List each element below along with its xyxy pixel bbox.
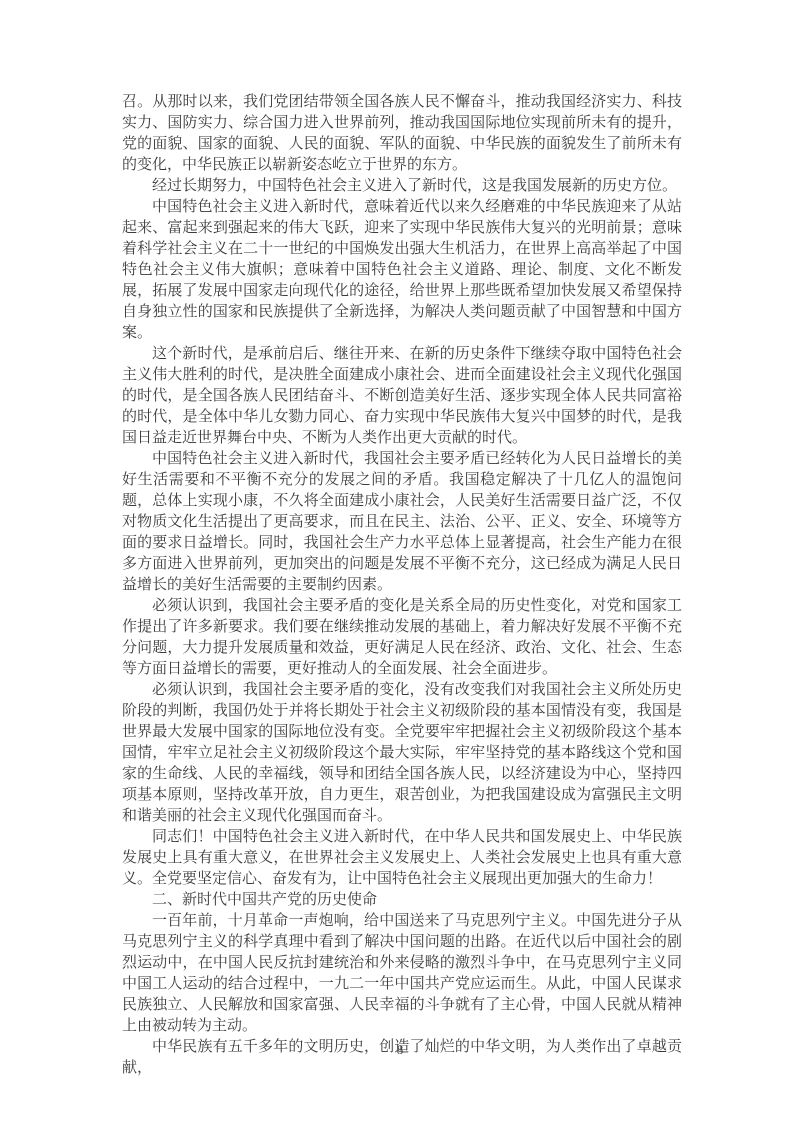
paragraph: 必须认识到，我国社会主要矛盾的变化，没有改变我们对我国社会主义所处历史阶段的判断…	[122, 680, 682, 827]
section-heading: 二、新时代中国共产党的历史使命	[122, 890, 682, 911]
page-body-text: 召。从那时以来，我们党团结带领全国各族人民不懈奋斗，推动我国经济实力、科技实力、…	[122, 92, 682, 1079]
paragraph: 同志们！中国特色社会主义进入新时代，在中华人民共和国发展史上、中华民族发展史上具…	[122, 827, 682, 890]
paragraph: 这个新时代，是承前启后、继往开来、在新的历史条件下继续夺取中国特色社会主义伟大胜…	[122, 344, 682, 449]
paragraph: 中国特色社会主义进入新时代，意味着近代以来久经磨难的中华民族迎来了从站起来、富起…	[122, 197, 682, 344]
paragraph: 经过长期努力，中国特色社会主义进入了新时代，这是我国发展新的历史方位。	[122, 176, 682, 197]
paragraph: 一百年前，十月革命一声炮响，给中国送来了马克思列宁主义。中国先进分子从马克思列宁…	[122, 911, 682, 1037]
paragraph: 必须认识到，我国社会主要矛盾的变化是关系全局的历史性变化，对党和国家工作提出了许…	[122, 596, 682, 680]
page-number: 8	[0, 1042, 800, 1058]
document-page: 召。从那时以来，我们党团结带领全国各族人民不懈奋斗，推动我国经济实力、科技实力、…	[0, 0, 800, 1133]
paragraph: 中国特色社会主义进入新时代，我国社会主要矛盾已经转化为人民日益增长的美好生活需要…	[122, 449, 682, 596]
paragraph: 召。从那时以来，我们党团结带领全国各族人民不懈奋斗，推动我国经济实力、科技实力、…	[122, 92, 682, 176]
